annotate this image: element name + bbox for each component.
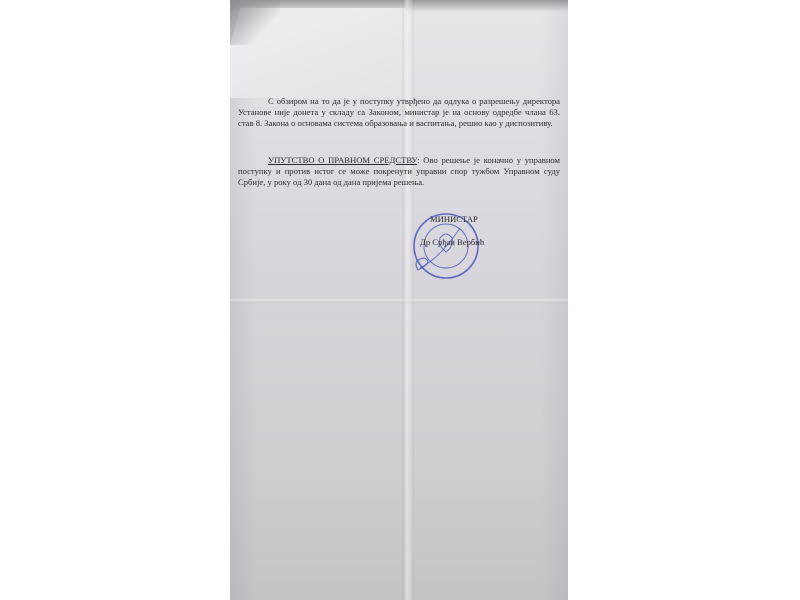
legal-remedy-heading: УПУТСТВО О ПРАВНОМ СРЕДСТВУ bbox=[268, 155, 417, 165]
horizontal-fold-line bbox=[230, 297, 568, 303]
signature-name: Др Срђан Вербић bbox=[420, 237, 484, 247]
reasoning-paragraph: С обзиром на то да је у поступку утврђен… bbox=[238, 96, 560, 129]
document-page: С обзиром на то да је у поступку утврђен… bbox=[230, 0, 568, 600]
corner-shadow bbox=[230, 0, 280, 45]
legal-remedy-paragraph: УПУТСТВО О ПРАВНОМ СРЕДСТВУ: Ово решење … bbox=[238, 155, 560, 188]
signature-title: МИНИСТАР bbox=[430, 214, 478, 224]
